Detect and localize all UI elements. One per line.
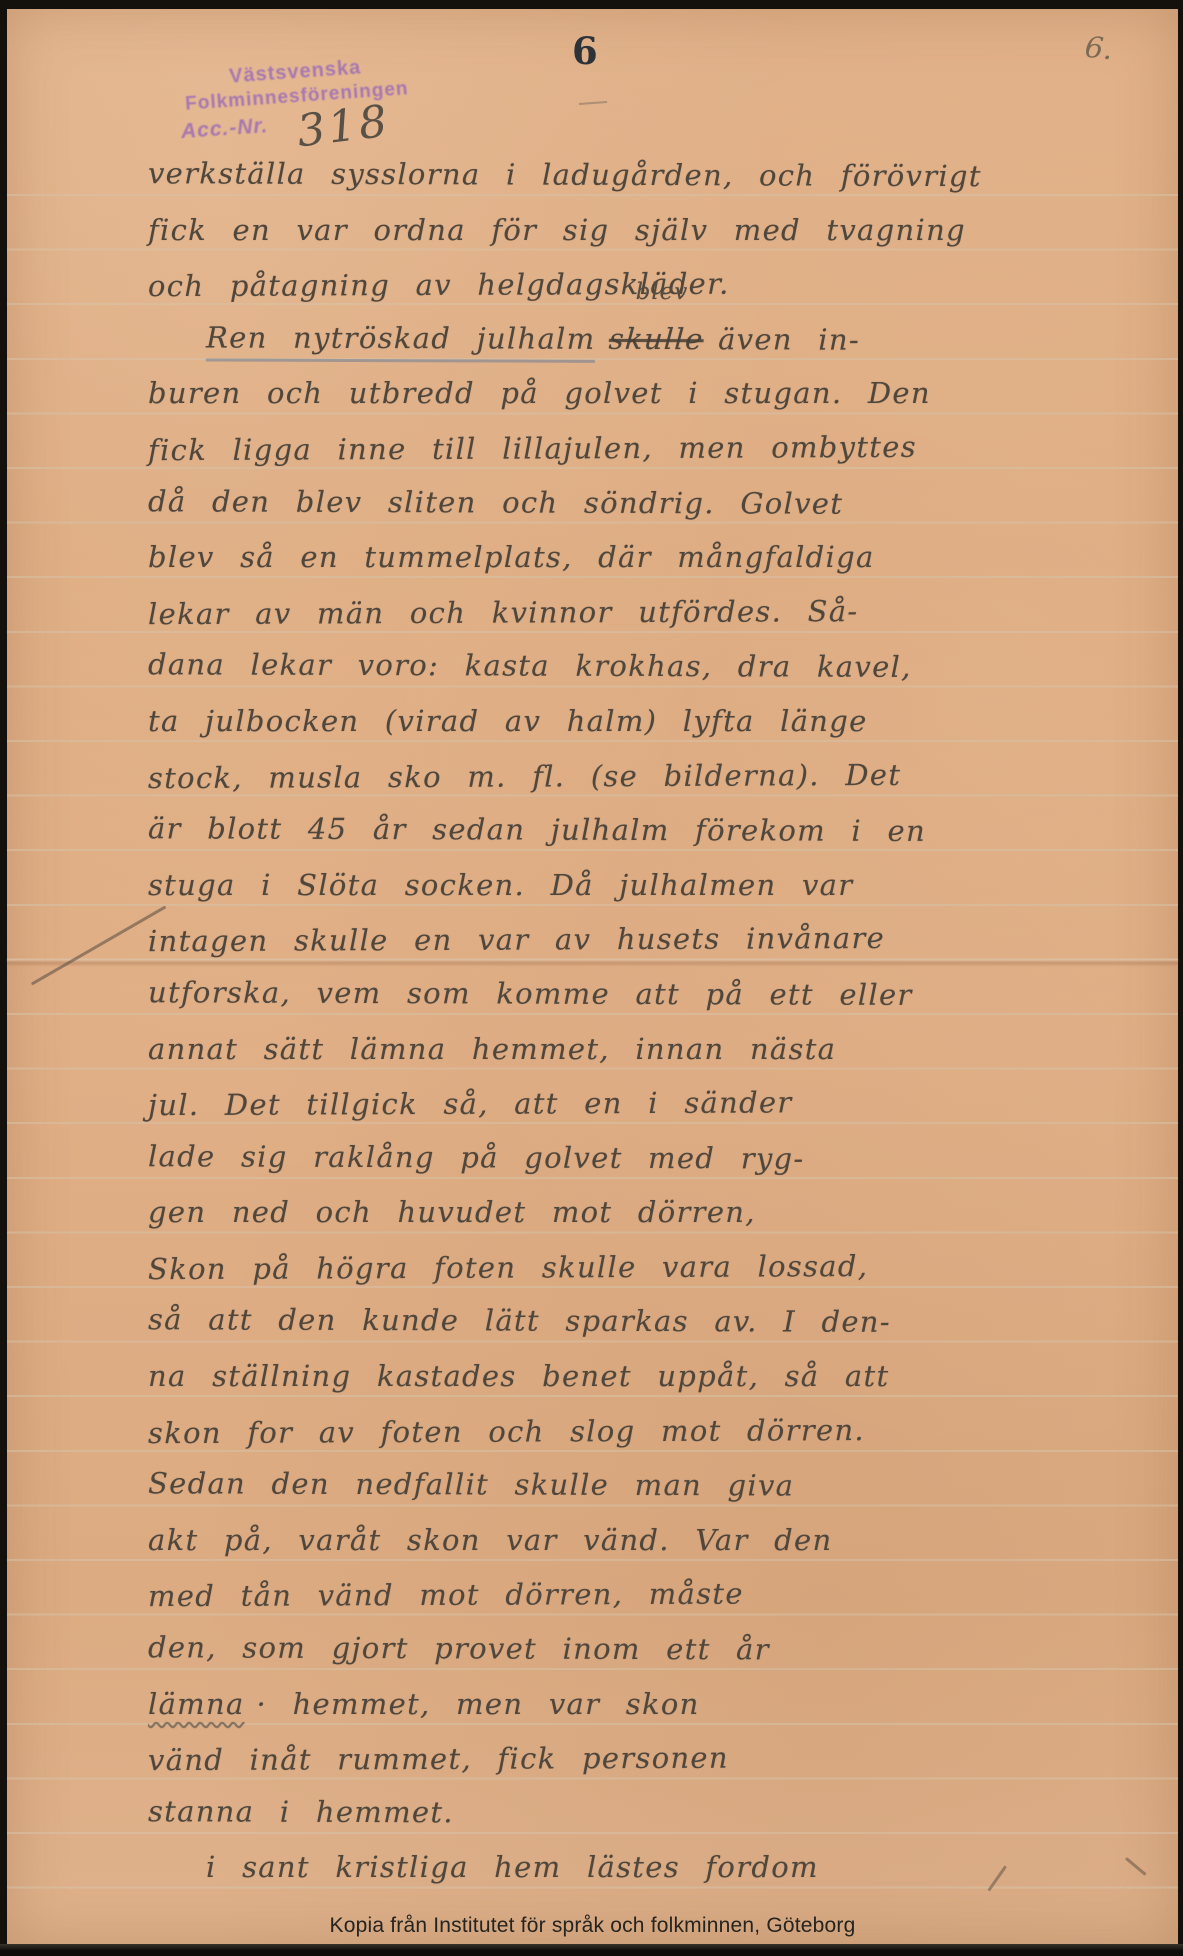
manuscript-line: vänd inåt rummet, fick personen — [148, 1729, 1148, 1788]
manuscript-line: lade sig raklång på golvet med ryg- — [148, 1129, 1148, 1187]
line-text: · hemmet, men var skon — [257, 1687, 700, 1721]
manuscript-line-with-correction: Ren nytröskad julhalmskullebleväven in- — [148, 310, 1148, 368]
printed-page-number: 6 — [572, 29, 598, 73]
manuscript-text: verkställa sysslorna i ladugården, och f… — [148, 148, 1148, 1900]
paper-sheet: Västsvenska Folkminnesföreningen Acc.-Nr… — [7, 9, 1178, 1944]
manuscript-line: lekar av män och kvinnor utfördes. Så- — [148, 583, 1148, 642]
manuscript-line: jul. Det tillgick så, att en i sänder — [148, 1074, 1148, 1133]
manuscript-line-with-underline: lämna· hemmet, men var skon — [148, 1677, 1148, 1732]
document-scan: { "page": { "printed_page_number": "6", … — [0, 0, 1183, 1956]
pencil-dash-mark — [579, 101, 607, 105]
manuscript-line: fick ligga inne till lillajulen, men omb… — [148, 419, 1148, 478]
manuscript-line: stanna i hemmet. — [148, 1784, 1148, 1842]
scan-bottom-edge — [0, 1944, 1183, 1956]
struck-word: skulle — [607, 312, 706, 367]
manuscript-line: stock, musla sko m. fl. (se bilderna). D… — [148, 746, 1148, 805]
manuscript-line: Skon på högra foten skulle vara lossad, — [148, 1238, 1148, 1297]
correction-wrap: skulleblev — [609, 312, 704, 367]
paper-fold-crease — [7, 959, 1178, 966]
manuscript-line: dana lekar voro: kasta krokhas, dra kave… — [148, 638, 1148, 696]
manuscript-line: då den blev sliten och söndrig. Golvet — [148, 474, 1148, 532]
manuscript-line: na ställning kastades benet uppåt, så at… — [148, 1349, 1148, 1404]
manuscript-line: verkställa sysslorna i ladugården, och f… — [148, 146, 1148, 204]
manuscript-line: annat sätt lämna hemmet, innan nästa — [148, 1022, 1148, 1077]
manuscript-line: med tån vänd mot dörren, måste — [148, 1565, 1148, 1624]
manuscript-line: blev så en tummelplats, där mångfaldiga — [148, 530, 1148, 585]
manuscript-line: akt på, varåt skon var vänd. Var den — [148, 1513, 1148, 1568]
manuscript-line: buren och utbredd på golvet i stugan. De… — [148, 366, 1148, 421]
manuscript-line: stuga i Slöta socken. Då julhalmen var — [148, 858, 1148, 913]
line-text: även in- — [718, 322, 860, 356]
manuscript-line: i sant kristliga hem lästes fordom — [148, 1840, 1148, 1895]
handwritten-page-number: 6. — [1083, 30, 1114, 67]
archive-footer-caption: Kopia från Institutet för språk och folk… — [7, 1914, 1178, 1938]
manuscript-line: är blott 45 år sedan julhalm förekom i e… — [148, 801, 1148, 859]
underlined-phrase: Ren nytröskad julhalm — [206, 320, 596, 362]
manuscript-line: gen ned och huvudet mot dörren, — [148, 1185, 1148, 1240]
manuscript-line: den, som gjort provet inom ett år — [148, 1620, 1148, 1678]
manuscript-line: Sedan den nedfallit skulle man giva — [148, 1457, 1148, 1515]
margin-pencil-stroke — [31, 905, 166, 985]
manuscript-line: ta julbocken (virad av halm) lyfta länge — [148, 694, 1148, 749]
manuscript-line: utforska, vem som komme att på ett eller — [148, 965, 1148, 1023]
manuscript-line: så att den kunde lätt sparkas av. I den- — [148, 1293, 1148, 1351]
manuscript-line: skon for av foten och slog mot dörren. — [148, 1401, 1148, 1460]
inserted-word-above: blev — [636, 281, 689, 304]
manuscript-line: fick en var ordna för sig själv med tvag… — [148, 203, 1148, 258]
wavy-underlined-word: lämna — [148, 1687, 245, 1721]
